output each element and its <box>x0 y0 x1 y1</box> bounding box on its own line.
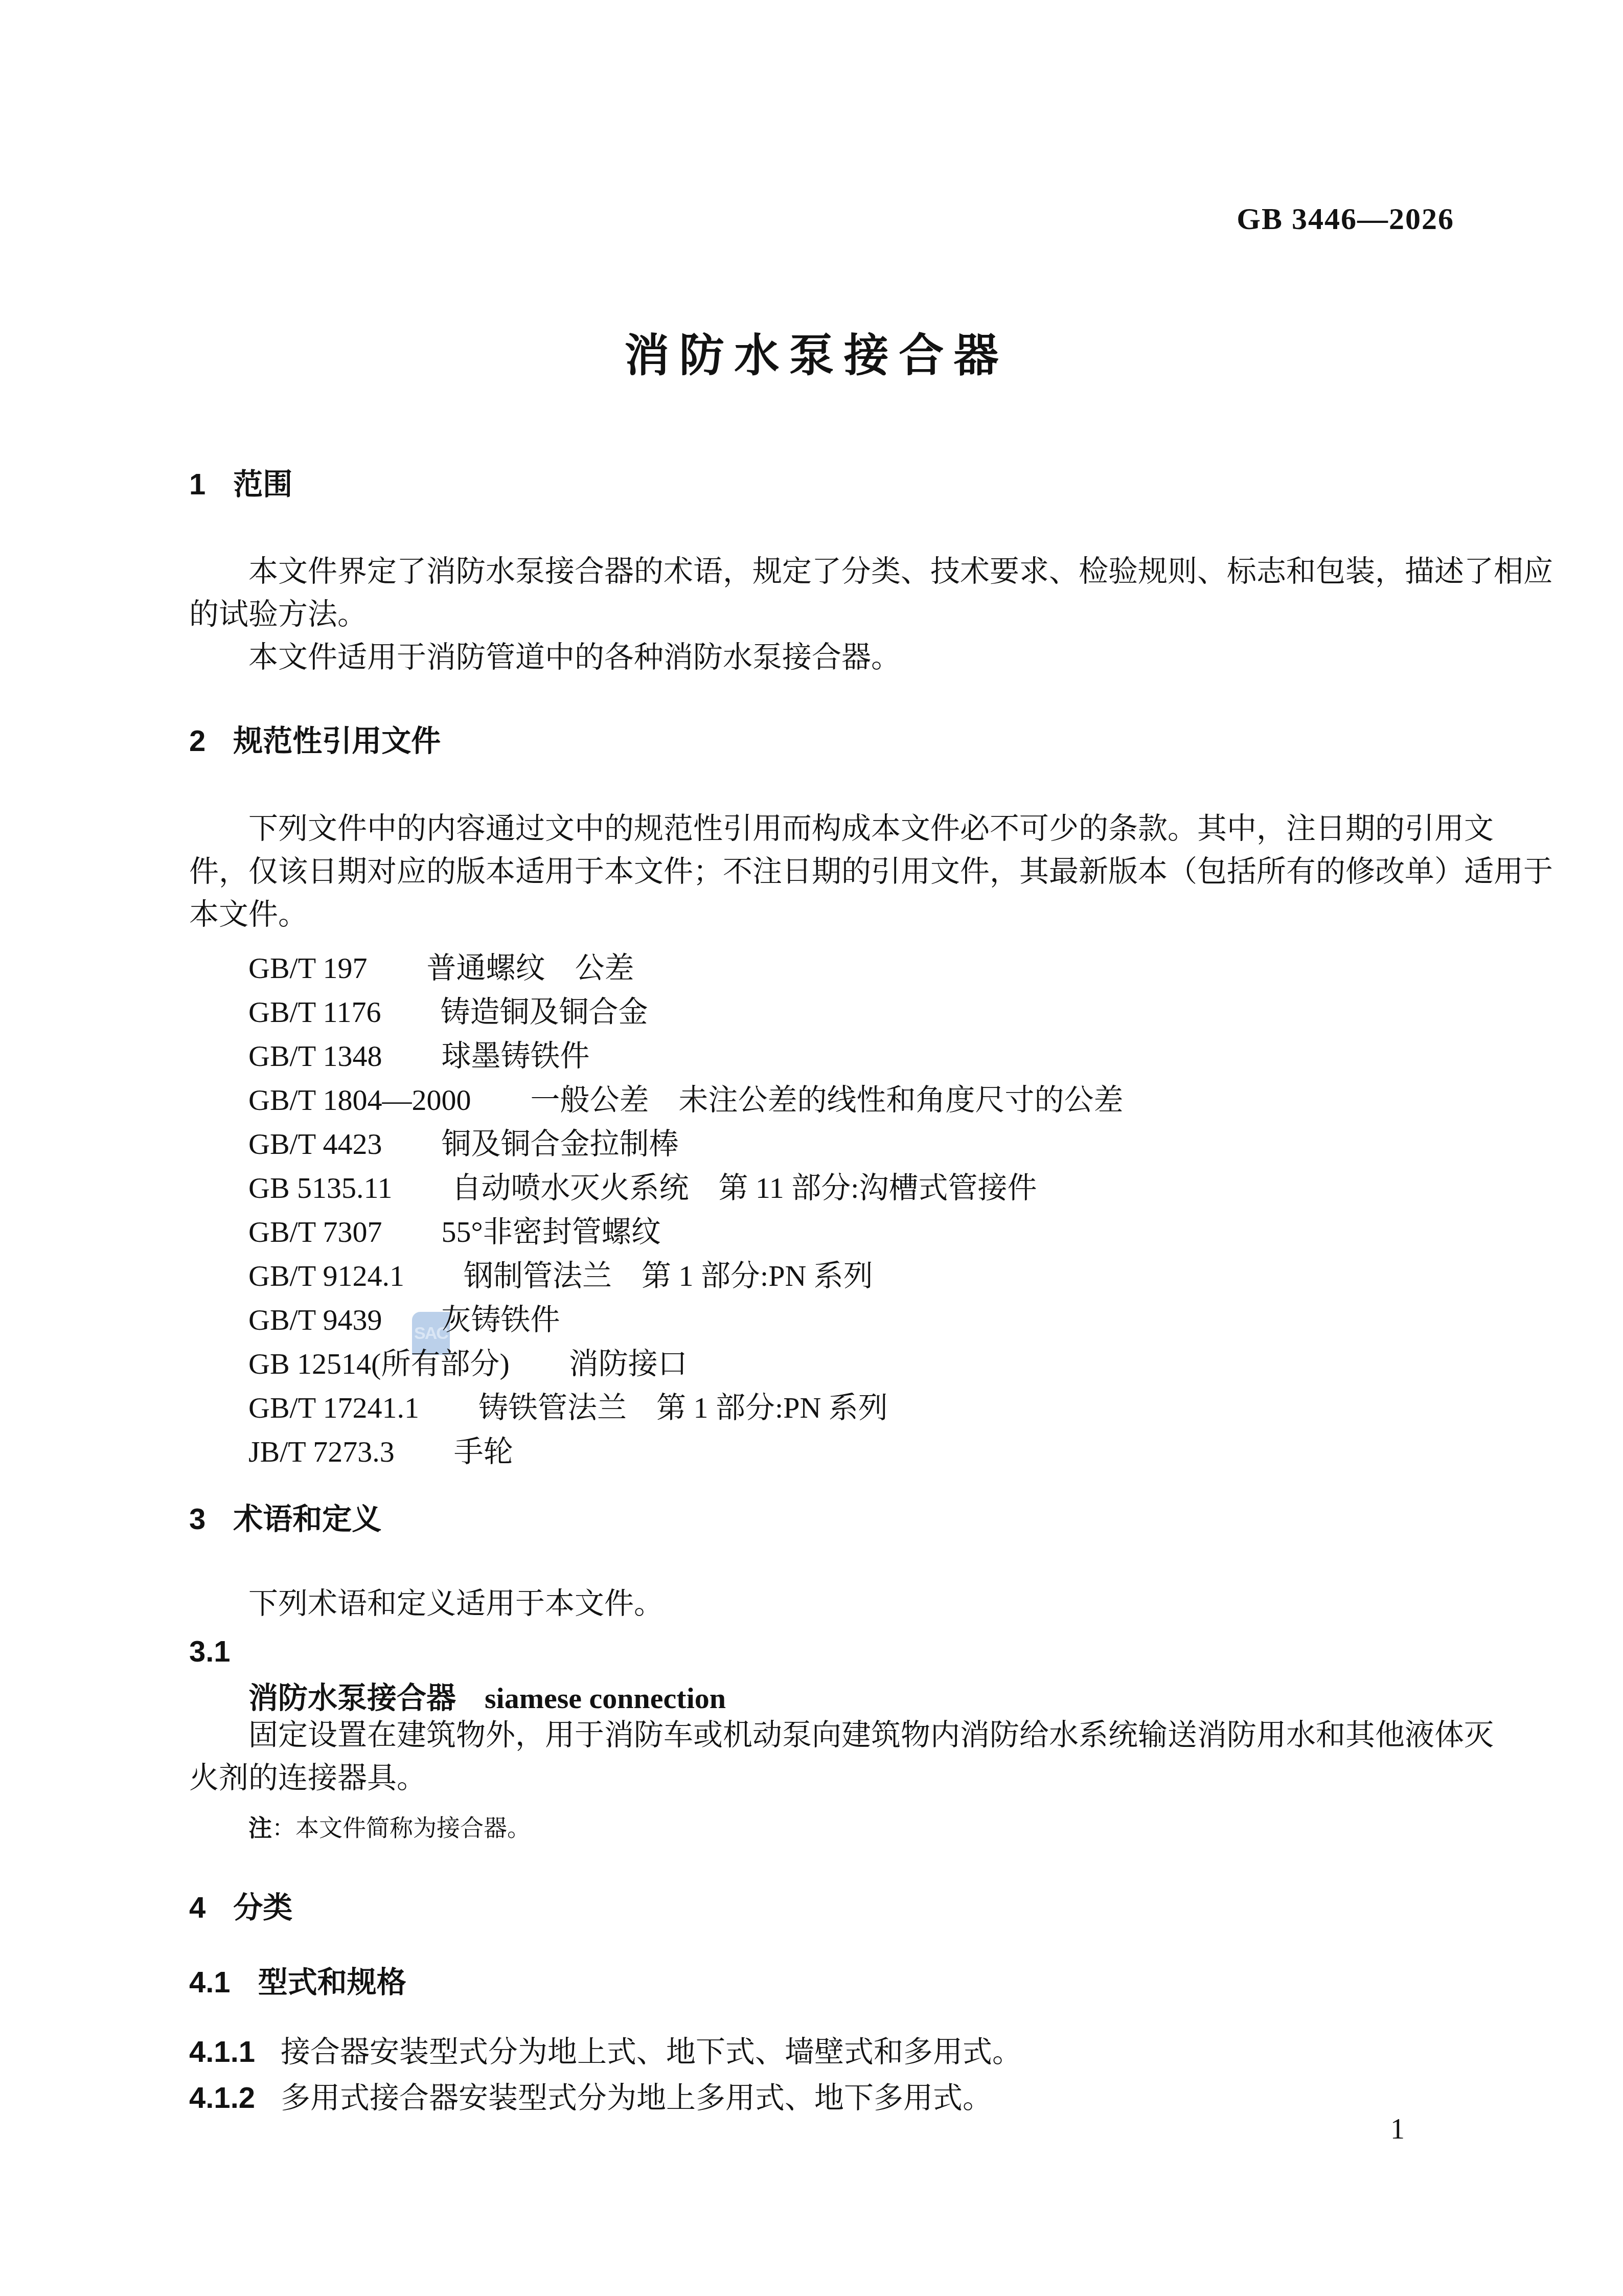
clause-4-1-2-number: 4.1.2 <box>189 2081 255 2115</box>
reference-item: GB/T 1176 铸造铜及铜合金 <box>189 990 1454 1034</box>
clause-4-number: 4 <box>189 1889 205 1927</box>
reference-item: GB/T 9124.1 钢制管法兰 第 1 部分:PN 系列 <box>189 1254 1454 1298</box>
document-title: 消防水泵接合器 <box>0 330 1623 381</box>
clause-4-title: 分类 <box>233 1891 292 1924</box>
text-line: 火剂的连接器具。 <box>189 1757 1454 1800</box>
standard-document-page: SAC GB 3446—2026 消防水泵接合器 1范围 本文件界定了消防水泵接… <box>0 0 1623 2296</box>
clause-1-heading: 1范围 <box>189 465 1454 504</box>
normative-references-list: GB/T 197 普通螺纹 公差 GB/T 1176 铸造铜及铜合金 GB/T … <box>189 946 1454 1474</box>
reference-item: GB/T 7307 55°非密封管螺纹 <box>189 1210 1454 1254</box>
text-line: 下列术语和定义适用于本文件。 <box>189 1582 1454 1625</box>
reference-item: GB/T 9439 灰铸铁件 <box>189 1298 1454 1342</box>
scope-paragraph-2: 本文件适用于消防管道中的各种消防水泵接合器。 <box>189 636 1454 679</box>
terms-intro: 下列术语和定义适用于本文件。 <box>189 1582 1454 1625</box>
clause-4-1-2: 4.1.2多用式接合器安装型式分为地上多用式、地下多用式。 <box>189 2077 1454 2120</box>
reference-item: GB 12514(所有部分) 消防接口 <box>189 1342 1454 1386</box>
clause-4-1-number: 4.1 <box>189 1963 231 2002</box>
clause-1-title: 范围 <box>233 468 292 501</box>
clause-2-number: 2 <box>189 722 205 761</box>
clause-3-number: 3 <box>189 1500 205 1539</box>
clause-4-1-1-text: 接合器安装型式分为地上式、地下式、墙壁式和多用式。 <box>281 2035 1022 2068</box>
clause-1-number: 1 <box>189 465 205 504</box>
term-number: 3.1 <box>189 1635 231 1668</box>
reference-item: GB/T 1348 球墨铸铁件 <box>189 1034 1454 1078</box>
clause-2-title: 规范性引用文件 <box>233 724 441 758</box>
reference-item: GB 5135.11 自动喷水灭火系统 第 11 部分:沟槽式管接件 <box>189 1166 1454 1210</box>
term-note: 注：本文件简称为接合器。 <box>189 1812 1514 1844</box>
clause-4-1-1-number: 4.1.1 <box>189 2035 255 2068</box>
clause-3-title: 术语和定义 <box>233 1503 381 1536</box>
term-english: siamese connection <box>485 1681 726 1715</box>
normative-references-intro: 下列文件中的内容通过文中的规范性引用而构成本文件必不可少的条款。其中，注日期的引… <box>189 807 1454 936</box>
text-line: 件，仅该日期对应的版本适用于本文件；不注日期的引用文件，其最新版本（包括所有的修… <box>189 850 1454 893</box>
text-line: 本文件适用于消防管道中的各种消防水泵接合器。 <box>189 636 1454 679</box>
page-number: 1 <box>1390 2114 1405 2145</box>
text-line: 本文件。 <box>189 893 1454 936</box>
clause-4-1-heading: 4.1型式和规格 <box>189 1963 1454 2002</box>
note-label: 注 <box>248 1814 272 1841</box>
text-line: 固定设置在建筑物外，用于消防车或机动泵向建筑物内消防给水系统输送消防用水和其他液… <box>189 1714 1454 1757</box>
term-definition: 固定设置在建筑物外，用于消防车或机动泵向建筑物内消防给水系统输送消防用水和其他液… <box>189 1714 1454 1800</box>
text-line: 下列文件中的内容通过文中的规范性引用而构成本文件必不可少的条款。其中，注日期的引… <box>189 807 1454 850</box>
note-text: ：本文件简称为接合器。 <box>272 1815 531 1841</box>
text-line: 的试验方法。 <box>189 593 1454 636</box>
standard-code: GB 3446—2026 <box>1237 202 1454 235</box>
text-line: 本文件界定了消防水泵接合器的术语，规定了分类、技术要求、检验规则、标志和包装，描… <box>189 550 1454 593</box>
scope-paragraph-1: 本文件界定了消防水泵接合器的术语，规定了分类、技术要求、检验规则、标志和包装，描… <box>189 550 1454 636</box>
reference-item: GB/T 17241.1 铸铁管法兰 第 1 部分:PN 系列 <box>189 1386 1454 1430</box>
reference-item: GB/T 4423 铜及铜合金拉制棒 <box>189 1122 1454 1166</box>
term-entry: 消防水泵接合器siamese connection <box>189 1679 1514 1718</box>
term-3-1-number: 3.1 <box>189 1632 1454 1671</box>
reference-item: GB/T 1804—2000 一般公差 未注公差的线性和角度尺寸的公差 <box>189 1078 1454 1122</box>
term-chinese: 消防水泵接合器 <box>248 1681 456 1715</box>
clause-2-heading: 2规范性引用文件 <box>189 722 1454 761</box>
reference-item: JB/T 7273.3 手轮 <box>189 1430 1454 1474</box>
clause-4-1-1: 4.1.1接合器安装型式分为地上式、地下式、墙壁式和多用式。 <box>189 2031 1454 2074</box>
clause-4-1-2-text: 多用式接合器安装型式分为地上多用式、地下多用式。 <box>281 2081 992 2115</box>
reference-item: GB/T 197 普通螺纹 公差 <box>189 946 1454 990</box>
clause-4-1-title: 型式和规格 <box>258 1966 406 1999</box>
clause-4-heading: 4分类 <box>189 1889 1454 1927</box>
clause-3-heading: 3术语和定义 <box>189 1500 1454 1539</box>
